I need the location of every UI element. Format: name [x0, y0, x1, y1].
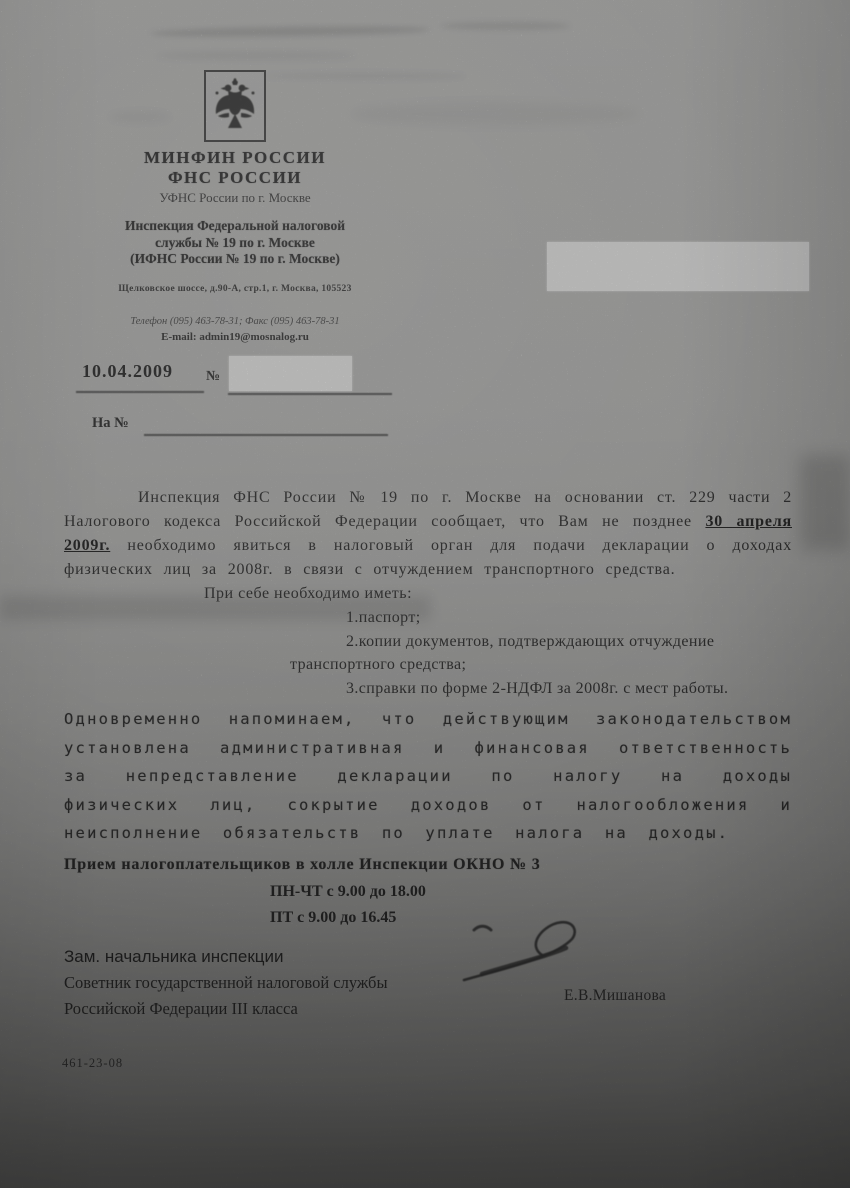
document-code: 461-23-08 [62, 1056, 123, 1071]
signer-position-1: Зам. начальника инспекции [64, 944, 792, 970]
coat-of-arms-icon [213, 77, 257, 136]
inspection-line-2: службы № 19 по г. Москве [70, 235, 400, 252]
list-item: 2.копии документов, подтверждающих отчуж… [290, 630, 760, 677]
reply-to-label: На № [92, 415, 129, 432]
email-line: E-mail: admin19@mosnalog.ru [70, 331, 400, 343]
number-underline [228, 393, 392, 395]
scanned-letter-page: МИНФИН РОССИИ ФНС РОССИИ УФНС России по … [0, 0, 850, 1188]
service-name: ФНС РОССИИ [70, 168, 400, 188]
letter-date: 10.04.2009 [82, 361, 173, 382]
postal-address: Щелковское шоссе, д.90-А, стр.1, г. Моск… [70, 284, 400, 294]
signer-position-3: Российской Федерации III класса [64, 996, 792, 1022]
signer-position-2: Советник государственной налоговой служб… [64, 970, 792, 996]
redaction-box-number [229, 356, 352, 391]
letterhead: МИНФИН РОССИИ ФНС РОССИИ УФНС России по … [70, 70, 400, 343]
signature-block: Зам. начальника инспекции Советник госуд… [64, 944, 792, 1074]
main-paragraph-part2: необходимо явиться в налоговый орган для… [64, 537, 792, 578]
redaction-box-top-right [547, 242, 809, 291]
regional-office-name: УФНС России по г. Москве [70, 190, 400, 206]
main-paragraph: Инспекция ФНС России № 19 по г. Москве н… [64, 486, 792, 582]
phone-fax-line: Телефон (095) 463-78-31; Факс (095) 463-… [70, 316, 400, 327]
reception-title: Прием налогоплательщиков в холле Инспекц… [64, 854, 792, 876]
list-item: 3.справки по форме 2-НДФЛ за 2008г. с ме… [290, 677, 760, 701]
main-paragraph-part1: Инспекция ФНС России № 19 по г. Москве н… [64, 489, 792, 530]
list-item: 1.паспорт; [290, 606, 760, 630]
reception-hours-weekdays: ПН-ЧТ с 9.00 до 18.00 [270, 879, 792, 904]
reply-to-underline [144, 434, 388, 436]
date-underline [76, 391, 204, 393]
bring-list: 1.паспорт; 2.копии документов, подтвержд… [290, 606, 760, 700]
inspection-name: Инспекция Федеральной налоговой службы №… [70, 218, 400, 268]
inspection-line-1: Инспекция Федеральной налоговой [70, 218, 400, 235]
ministry-name: МИНФИН РОССИИ [70, 148, 400, 168]
bring-intro: При себе необходимо иметь: [204, 582, 792, 606]
signer-name: Е.В.Мишанова [564, 984, 666, 1008]
reminder-paragraph: Одновременно напоминаем, что действующим… [64, 705, 792, 848]
emblem-frame [204, 70, 266, 142]
letter-body: Инспекция ФНС России № 19 по г. Москве н… [64, 486, 792, 1074]
number-label: № [206, 369, 220, 385]
inspection-line-3: (ИФНС России № 19 по г. Москве) [70, 251, 400, 268]
letter-content: МИНФИН РОССИИ ФНС РОССИИ УФНС России по … [0, 0, 850, 1188]
